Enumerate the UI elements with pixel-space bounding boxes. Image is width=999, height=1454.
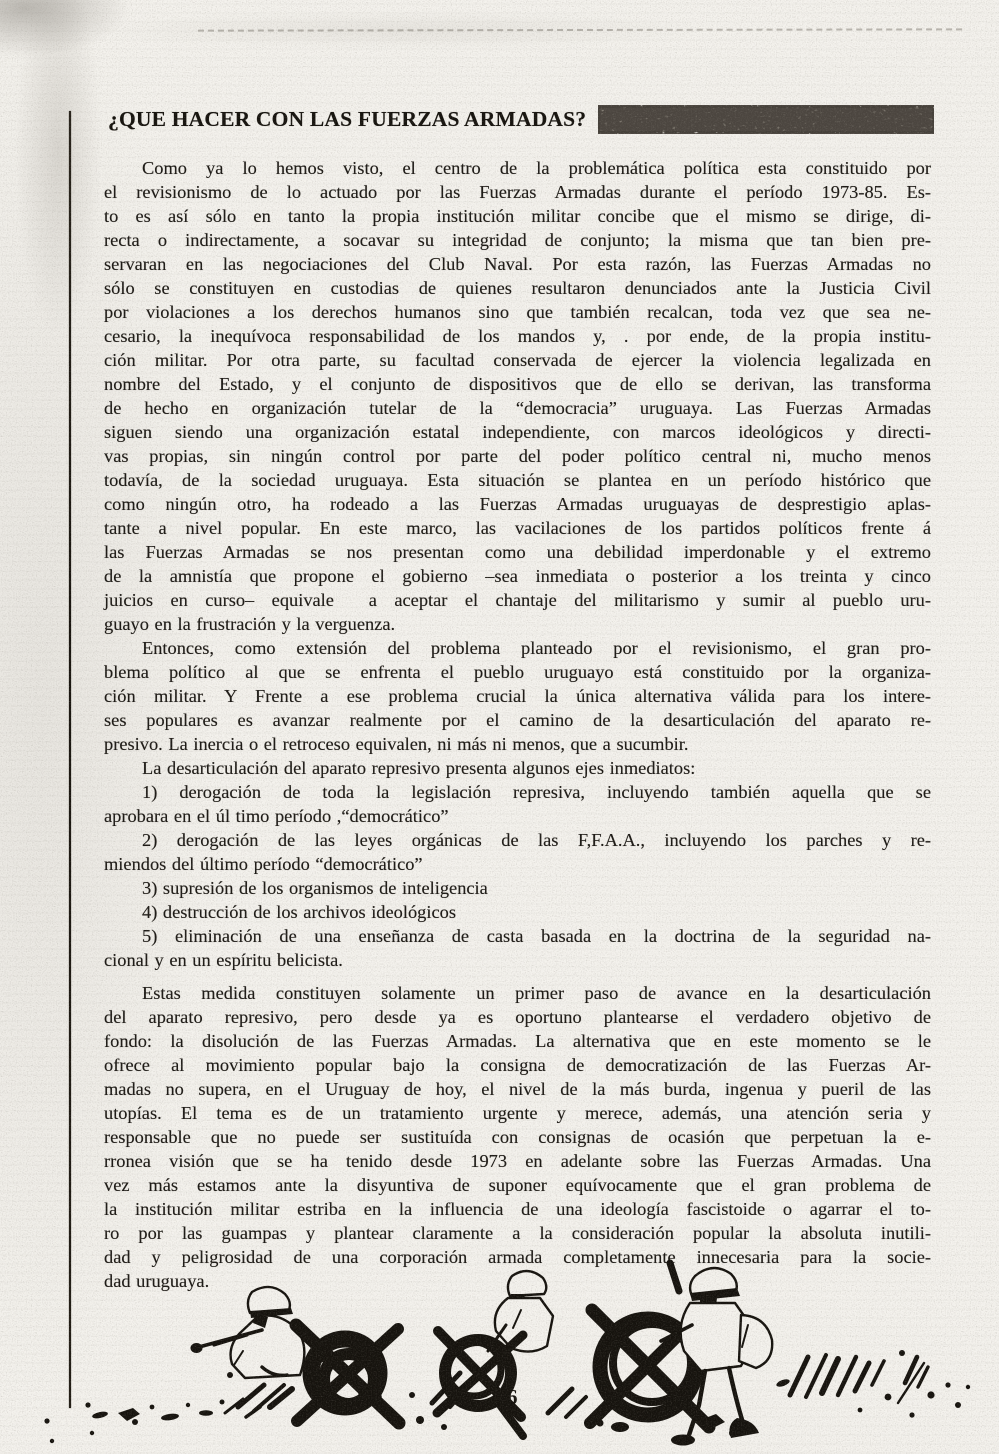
text-line: del aparato represivo, pero desde ya es …	[104, 1005, 931, 1029]
text-line: tante a nivel popular. En este marco, la…	[104, 516, 931, 540]
list-item-4: 4) destrucción de los archivos ideológic…	[104, 900, 931, 924]
text-line: cesario, la inequívoca responsabilidad d…	[104, 324, 931, 348]
text-line: Entonces, como extensión del problema pl…	[104, 636, 931, 660]
article-body: Como ya lo hemos visto, el centro de la …	[104, 156, 931, 1293]
text-line: por violaciones a los derechos humanos s…	[104, 300, 931, 324]
text-line: Como ya lo hemos visto, el centro de la …	[104, 156, 931, 180]
text-line: 1) derogación de toda la legislación rep…	[104, 780, 931, 804]
list-item-2: 2) derogación de las leyes orgánicas de …	[104, 828, 931, 876]
text-line: La desarticulación del aparato represivo…	[104, 756, 931, 780]
list-item-3: 3) supresión de los organismos de inteli…	[104, 876, 931, 900]
text-line: to es así sólo en tanto la propia instit…	[104, 204, 931, 228]
list-intro-line: La desarticulación del aparato represivo…	[104, 756, 931, 780]
text-line: fondo: la disolución de las Fuerzas Arma…	[104, 1029, 931, 1053]
text-line: responsable que no puede ser sustituída …	[104, 1125, 931, 1149]
text-line: como ningún otro, ha rodeado a las Fuerz…	[104, 492, 931, 516]
text-line: la institución militar estriba en la inf…	[104, 1197, 931, 1221]
text-line: 3) supresión de los organismos de inteli…	[104, 876, 931, 900]
text-line: ro por las guampas y plantear claramente…	[104, 1221, 931, 1245]
text-line: Estas medida constituyen solamente un pr…	[104, 981, 931, 1005]
text-line: vas propias, sin ningún control por part…	[104, 444, 931, 468]
text-line: todavía, de la sociedad uruguaya. Esta s…	[104, 468, 931, 492]
text-line: vez más estamos ante la disyuntiva de su…	[104, 1173, 931, 1197]
scan-artifact-dashed-line	[198, 28, 962, 31]
text-line: de la amnistía que propone el gobierno –…	[104, 564, 931, 588]
text-line: juicios en curso– equivale a aceptar el …	[104, 588, 931, 612]
text-line: sólo se constituyen en custodias de quie…	[104, 276, 931, 300]
left-margin-rule	[69, 111, 71, 1408]
text-line: servaran en las negociaciones del Club N…	[104, 252, 931, 276]
scanned-page: ¿QUE HACER CON LAS FUERZAS ARMADAS? Como…	[0, 0, 999, 1454]
paragraph-1: Como ya lo hemos visto, el centro de la …	[104, 156, 931, 636]
text-line: el revisionismo de lo actuado por las Fu…	[104, 180, 931, 204]
text-line: blema político al que se enfrenta el pue…	[104, 660, 931, 684]
text-line: madas no supera, en el Uruguay de hoy, e…	[104, 1077, 931, 1101]
text-line: nombre del Estado, y el conjunto de disp…	[104, 372, 931, 396]
list-item-1: 1) derogación de toda la legislación rep…	[104, 780, 931, 828]
paragraph-3: Estas medida constituyen solamente un pr…	[104, 981, 931, 1293]
text-line: de hecho en organización tutelar de la “…	[104, 396, 931, 420]
text-line: ción militar. Por otra parte, su faculta…	[104, 348, 931, 372]
page-title: ¿QUE HACER CON LAS FUERZAS ARMADAS?	[108, 107, 586, 132]
page-number: 6	[507, 1385, 518, 1410]
text-line: utopías. El tema es de un tratamiento ur…	[104, 1101, 931, 1125]
text-line: 2) derogación de las leyes orgánicas de …	[104, 828, 931, 852]
text-line: rronea visión que se ha tenido desde 197…	[104, 1149, 931, 1173]
text-line: ses populares es avanzar realmente por e…	[104, 708, 931, 732]
text-line: cional y en un espíritu belicista.	[104, 948, 931, 972]
text-line: presivo. La inercia o el retroceso equiv…	[104, 732, 931, 756]
text-line: ofrece al movimiento popular bajo la con…	[104, 1053, 931, 1077]
text-line: las Fuerzas Armadas se nos presentan com…	[104, 540, 931, 564]
text-line: siguen siendo una organización estatal i…	[104, 420, 931, 444]
article-header: ¿QUE HACER CON LAS FUERZAS ARMADAS?	[108, 101, 934, 137]
soldiers-with-crossed-out-wheels-icon	[0, 1255, 999, 1454]
list-item-5: 5) eliminación de una enseñanza de casta…	[104, 924, 931, 972]
text-line: aprobara en el úl timo período ,“democrá…	[104, 804, 931, 828]
text-line: recta o indirectamente, a socavar su int…	[104, 228, 931, 252]
paragraph-2: Entonces, como extensión del problema pl…	[104, 636, 931, 756]
text-line: 5) eliminación de una enseñanza de casta…	[104, 924, 931, 948]
soldiers-illustration: 6	[0, 1255, 999, 1454]
text-line: guayo en la frustración y la verguenza.	[104, 612, 931, 636]
inked-scribble-band-icon	[598, 105, 934, 134]
text-line: 4) destrucción de los archivos ideológic…	[104, 900, 931, 924]
text-line: miendos del último período “democrático”	[104, 852, 931, 876]
text-line: ción militar. Y Frente a ese problema cr…	[104, 684, 931, 708]
